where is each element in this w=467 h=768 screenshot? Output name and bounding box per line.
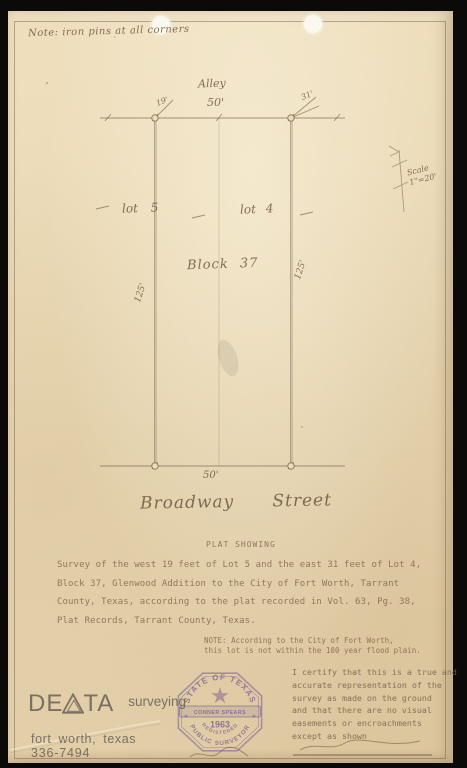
description-line: Survey of the west 19 feet of Lot 5 and … — [57, 556, 421, 575]
bottom-dimension-label: 50' — [203, 470, 218, 481]
certification-line: easements or encroachments — [292, 717, 457, 730]
description-line: County, Texas, according to the plat rec… — [57, 593, 421, 612]
alley-label: Alley — [198, 77, 226, 91]
certification-line: and that there are no visual — [292, 704, 457, 717]
firm-logo: DE TA surveying fort worth, texas 336-74… — [28, 692, 186, 760]
top-dimension-label: 50' — [207, 96, 224, 109]
lot-4-label: lot 4 — [240, 201, 274, 216]
street-word-2: Street — [272, 490, 332, 511]
delta-triangle-icon — [62, 693, 84, 715]
flood-note-line2: this lot is not within the 100 year floo… — [204, 646, 421, 656]
street-word-1: Broadway — [140, 492, 235, 514]
lot-5-label: lot 5 — [122, 200, 159, 215]
flood-note: NOTE: According to the City of Fort Wort… — [204, 636, 421, 656]
description-line: Block 37, Glenwood Addition to the City … — [57, 575, 421, 594]
firm-location: fort worth, texas — [31, 732, 186, 746]
description-title: PLAT SHOWING — [206, 540, 276, 549]
firm-descriptor: surveying — [128, 694, 186, 709]
punch-hole-right — [304, 15, 322, 33]
description-line: Plat Records, Tarrant County, Texas. — [57, 612, 421, 631]
certification-line: I certify that this is a true and — [292, 666, 457, 679]
block-label: Block 37 — [187, 256, 259, 273]
scanned-plat-document: Note: iron pins at all corners Alley 50'… — [0, 0, 467, 768]
certification-line: survey as made on the ground — [292, 692, 457, 705]
description-body: Survey of the west 19 feet of Lot 5 and … — [57, 556, 421, 630]
certification-statement: I certify that this is a true and accura… — [292, 666, 457, 743]
street-label: Broadway Street — [140, 490, 332, 513]
certification-line: accurate representation of the — [292, 679, 457, 692]
certification-line: except as shown — [292, 730, 457, 743]
firm-name-prefix: DE — [28, 692, 63, 716]
firm-name-suffix: TA — [83, 692, 114, 716]
flood-note-line1: NOTE: According to the City of Fort Wort… — [204, 636, 421, 646]
firm-phone: 336-7494 — [31, 746, 186, 760]
